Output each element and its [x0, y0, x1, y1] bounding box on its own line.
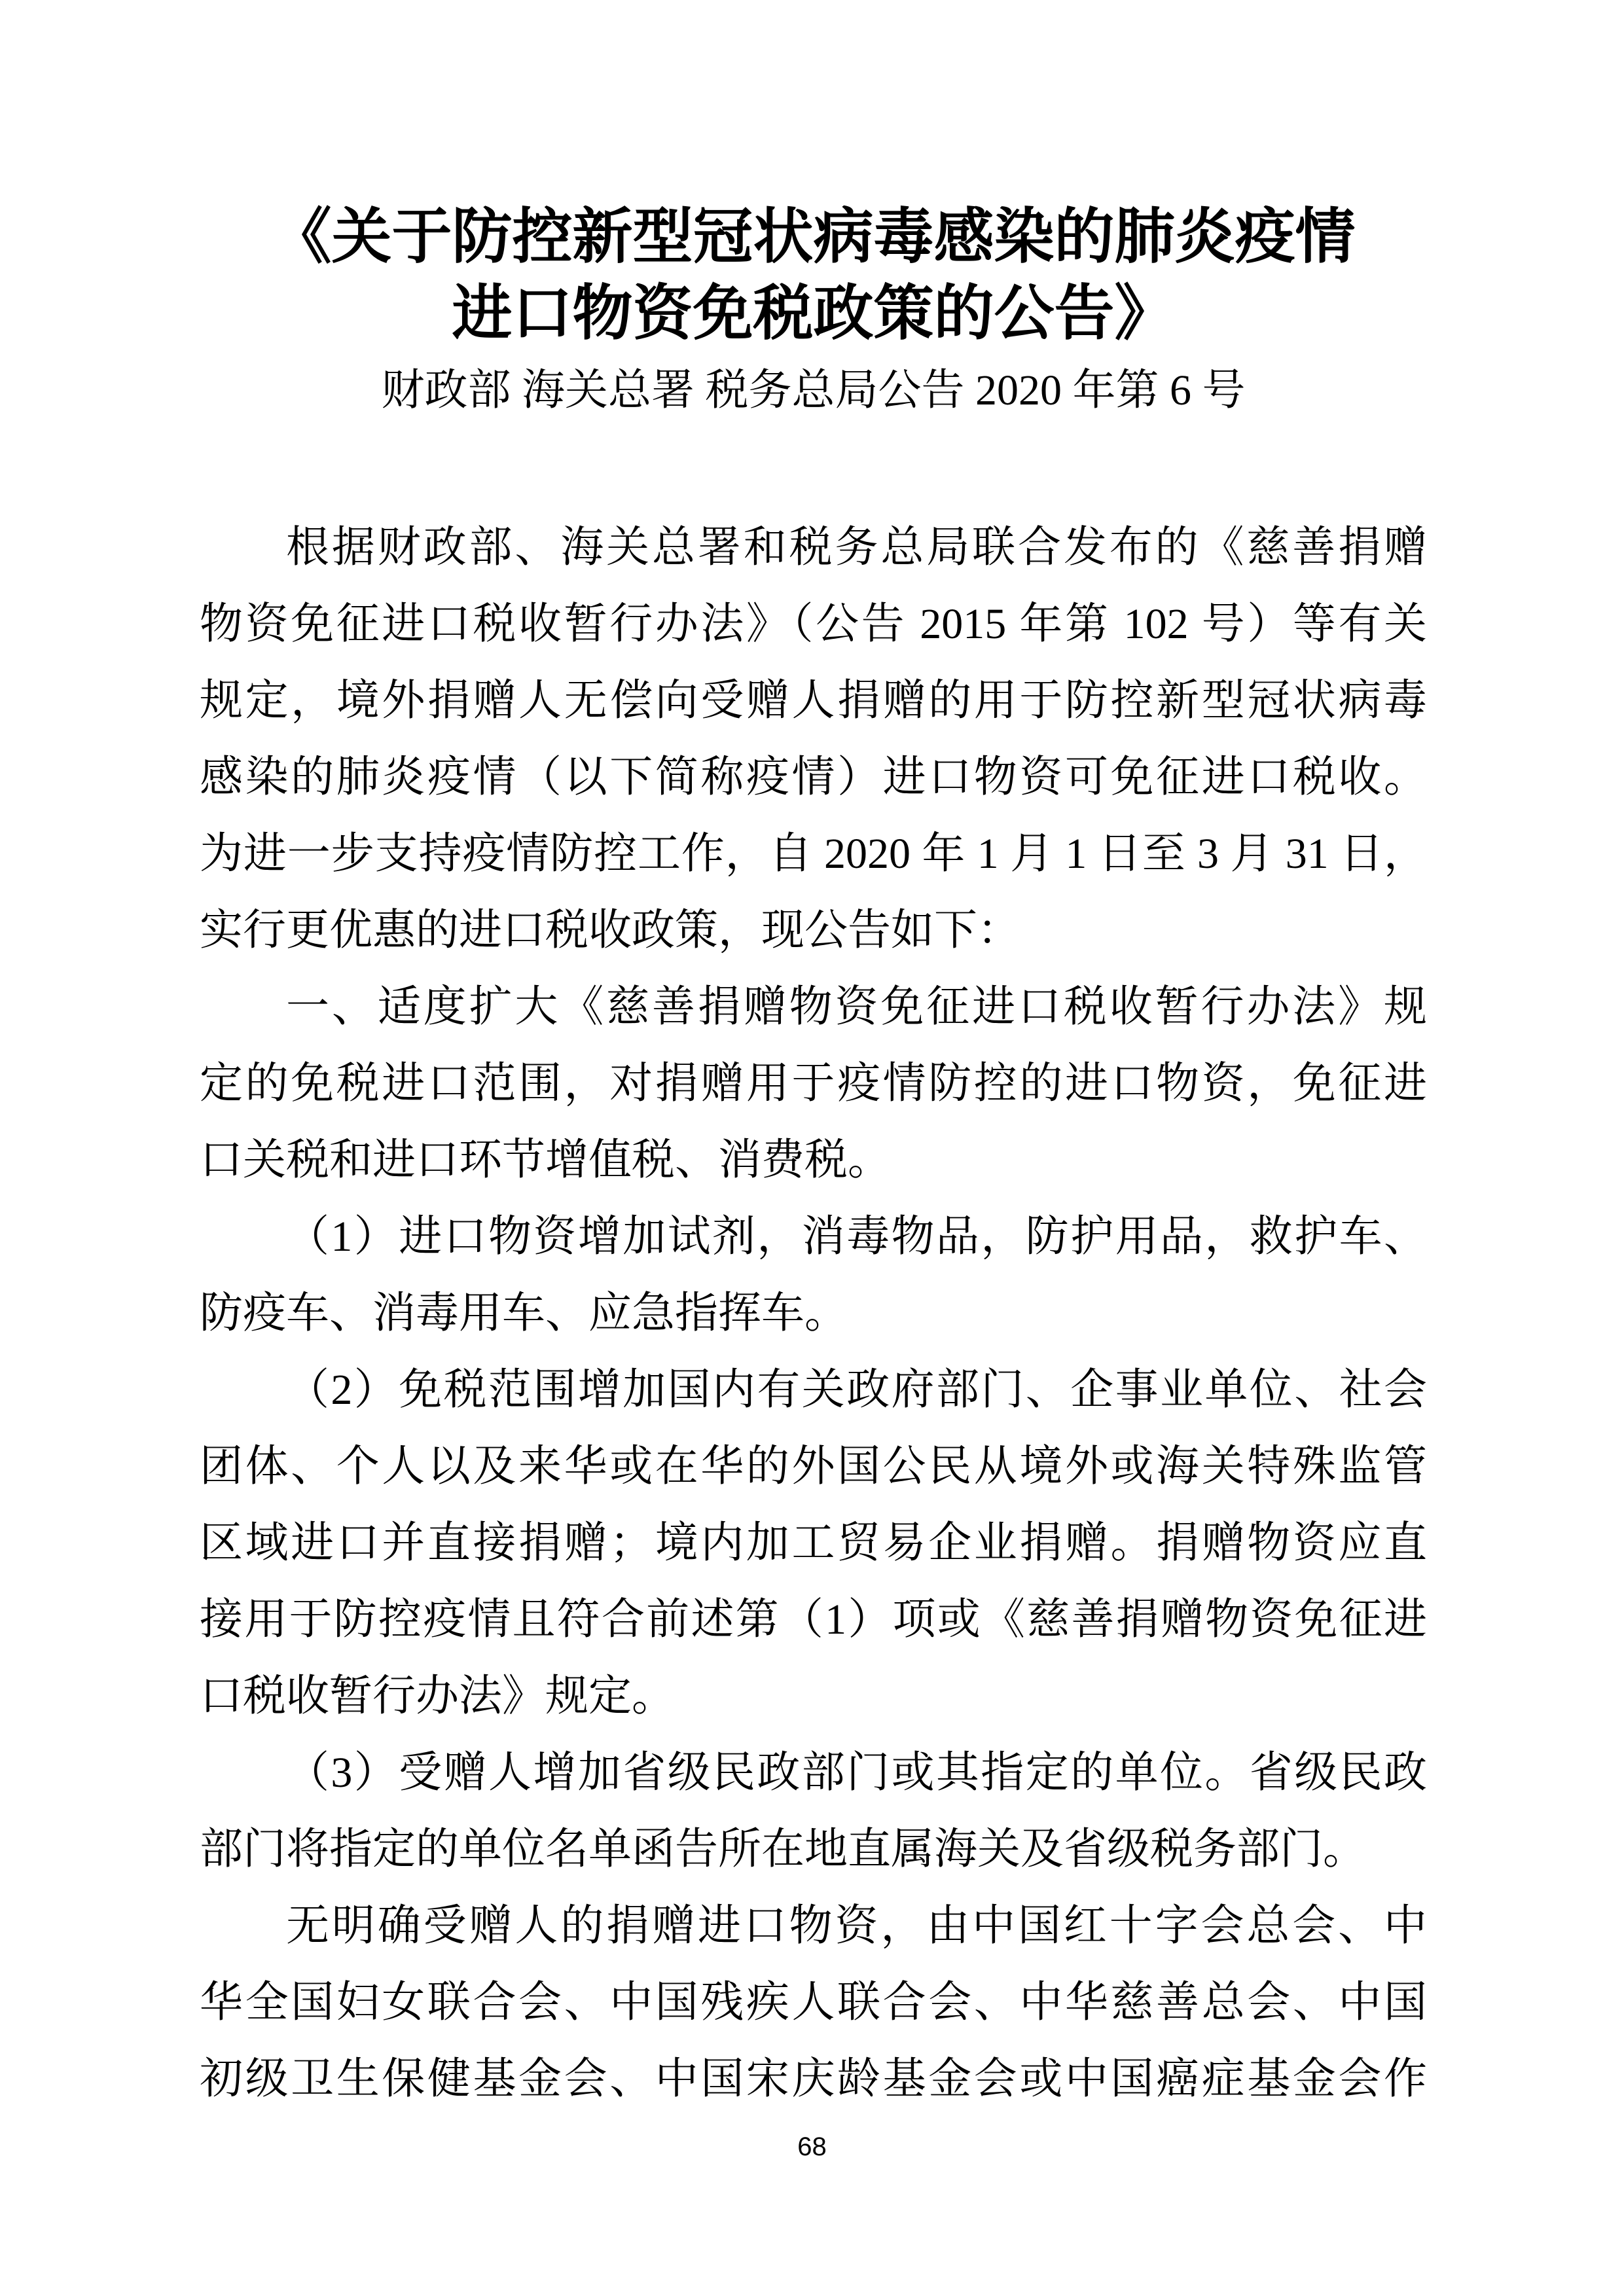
title-line-2: 进口物资免税政策的公告》 — [200, 276, 1427, 352]
body-line: 感染的肺炎疫情（以下简称疫情）进口物资可免征进口税收。 — [200, 739, 1427, 816]
body-line: 区域进口并直接捐赠；境内加工贸易企业捐赠。捐赠物资应直 — [200, 1505, 1427, 1581]
body-line: 口关税和进口环节增值税、消费税。 — [200, 1122, 1427, 1198]
body-line: 初级卫生保健基金会、中国宋庆龄基金会或中国癌症基金会作 — [200, 2041, 1427, 2117]
body-line: 根据财政部、海关总署和税务总局联合发布的《慈善捐赠 — [200, 509, 1427, 586]
body-line: 口税收暂行办法》规定。 — [200, 1658, 1427, 1734]
body-line: 一、适度扩大《慈善捐赠物资免征进口税收暂行办法》规 — [200, 969, 1427, 1045]
body-line: 实行更优惠的进口税收政策，现公告如下： — [200, 892, 1427, 969]
body-line: （1）进口物资增加试剂，消毒物品，防护用品，救护车、 — [200, 1198, 1427, 1275]
body-line: 物资免征进口税收暂行办法》（公告 2015 年第 102 号）等有关 — [200, 586, 1427, 662]
body-line: （2）免税范围增加国内有关政府部门、企事业单位、社会 — [200, 1352, 1427, 1428]
body-line: 华全国妇女联合会、中国残疾人联合会、中华慈善总会、中国 — [200, 1964, 1427, 2041]
body-line: 规定，境外捐赠人无偿向受赠人捐赠的用于防控新型冠状病毒 — [200, 662, 1427, 739]
body-line: 部门将指定的单位名单函告所在地直属海关及省级税务部门。 — [200, 1811, 1427, 1888]
page-number: 68 — [0, 2132, 1624, 2162]
document-subtitle: 财政部 海关总署 税务总局公告 2020 年第 6 号 — [200, 365, 1427, 417]
title-line-1: 《关于防控新型冠状病毒感染的肺炎疫情 — [200, 199, 1427, 276]
body-line: 定的免税进口范围，对捐赠用于疫情防控的进口物资，免征进 — [200, 1045, 1427, 1122]
body-line: 防疫车、消毒用车、应急指挥车。 — [200, 1275, 1427, 1352]
document-body: 根据财政部、海关总署和税务总局联合发布的《慈善捐赠物资免征进口税收暂行办法》（公… — [200, 509, 1427, 2117]
document-page: 《关于防控新型冠状病毒感染的肺炎疫情 进口物资免税政策的公告》 财政部 海关总署… — [0, 0, 1624, 2296]
body-line: 为进一步支持疫情防控工作，自 2020 年 1 月 1 日至 3 月 31 日， — [200, 816, 1427, 892]
document-title: 《关于防控新型冠状病毒感染的肺炎疫情 进口物资免税政策的公告》 — [200, 199, 1427, 352]
body-line: 接用于防控疫情且符合前述第（1）项或《慈善捐赠物资免征进 — [200, 1581, 1427, 1658]
body-line: （3）受赠人增加省级民政部门或其指定的单位。省级民政 — [200, 1734, 1427, 1811]
body-line: 团体、个人以及来华或在华的外国公民从境外或海关特殊监管 — [200, 1428, 1427, 1505]
body-line: 无明确受赠人的捐赠进口物资，由中国红十字会总会、中 — [200, 1888, 1427, 1964]
